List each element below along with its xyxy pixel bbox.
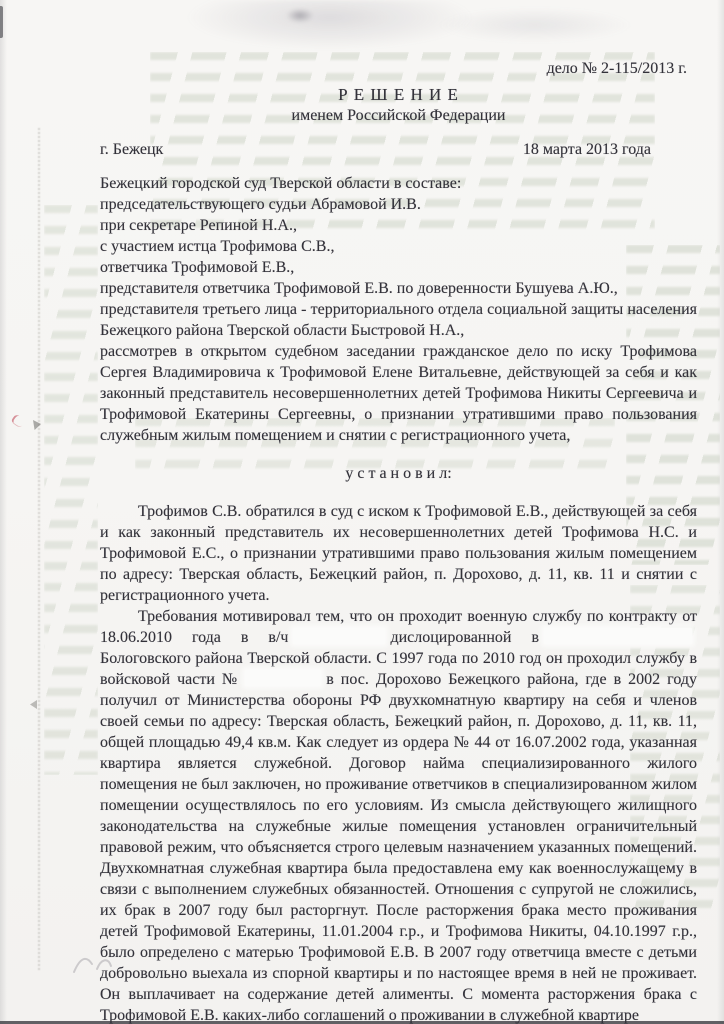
redaction-box bbox=[293, 628, 385, 644]
fold-speck bbox=[30, 700, 37, 709]
intro-line-representative: представителя ответчика Трофимовой Е.В. … bbox=[100, 278, 697, 299]
document-title: Р Е Ш Е Н И Е bbox=[100, 84, 697, 105]
intro-line-judge: председательствующего судьи Абрамовой И.… bbox=[100, 194, 697, 215]
decision-date: 18 марта 2013 года bbox=[523, 139, 697, 160]
court-composition: Бежецкий городской суд Тверской области … bbox=[100, 173, 697, 446]
redaction-box bbox=[245, 670, 321, 686]
place-date-row: г. Бежецк 18 марта 2013 года bbox=[100, 139, 697, 160]
bleedthrough-patch bbox=[44, 205, 98, 775]
document-subtitle: именем Российской Федерации bbox=[100, 105, 697, 126]
case-number: дело № 2-115/2013 г. bbox=[100, 58, 697, 79]
paragraph-motivation: Требования мотивировал тем, что он прохо… bbox=[100, 606, 697, 1024]
binding-fold-line bbox=[38, 128, 40, 970]
scan-edge-mark bbox=[0, 6, 3, 38]
scan-smudge bbox=[440, 8, 630, 42]
scan-edge-shadow-right bbox=[717, 0, 724, 1024]
document-content: дело № 2-115/2013 г. Р Е Ш Е Н И Е имене… bbox=[100, 58, 697, 1024]
case-description-paragraph: рассмотрев в открытом судебном заседании… bbox=[100, 341, 697, 446]
text-segment: в пос. Дорохово Бежецкого района, где в … bbox=[100, 671, 697, 1024]
intro-line-court: Бежецкий городской суд Тверской области … bbox=[100, 173, 697, 194]
intro-line-secretary: при секретаре Репиной Н.А., bbox=[100, 215, 697, 236]
scan-smudge bbox=[185, 0, 475, 50]
intro-line-plaintiff: с участием истца Трофимова С.В., bbox=[100, 236, 697, 257]
city: г. Бежецк bbox=[100, 139, 163, 160]
red-pen-mark bbox=[10, 413, 26, 428]
ustanovil-heading: у с т а н о в и л: bbox=[100, 463, 697, 484]
fold-speck bbox=[33, 420, 41, 430]
scan-edge-shadow-left bbox=[0, 0, 7, 1024]
scan-smudge-dot bbox=[286, 8, 314, 23]
intro-line-defendant: ответчика Трофимовой Е.В., bbox=[100, 257, 697, 278]
text-segment: дислоцированной в bbox=[390, 629, 539, 646]
paragraph-claim: Трофимов С.В. обратился в суд с иском к … bbox=[100, 501, 697, 606]
redaction-box bbox=[544, 628, 692, 644]
scanned-court-decision-page: дело № 2-115/2013 г. Р Е Ш Е Н И Е имене… bbox=[0, 0, 724, 1024]
third-party-paragraph: представителя третьего лица - территориа… bbox=[100, 299, 697, 341]
